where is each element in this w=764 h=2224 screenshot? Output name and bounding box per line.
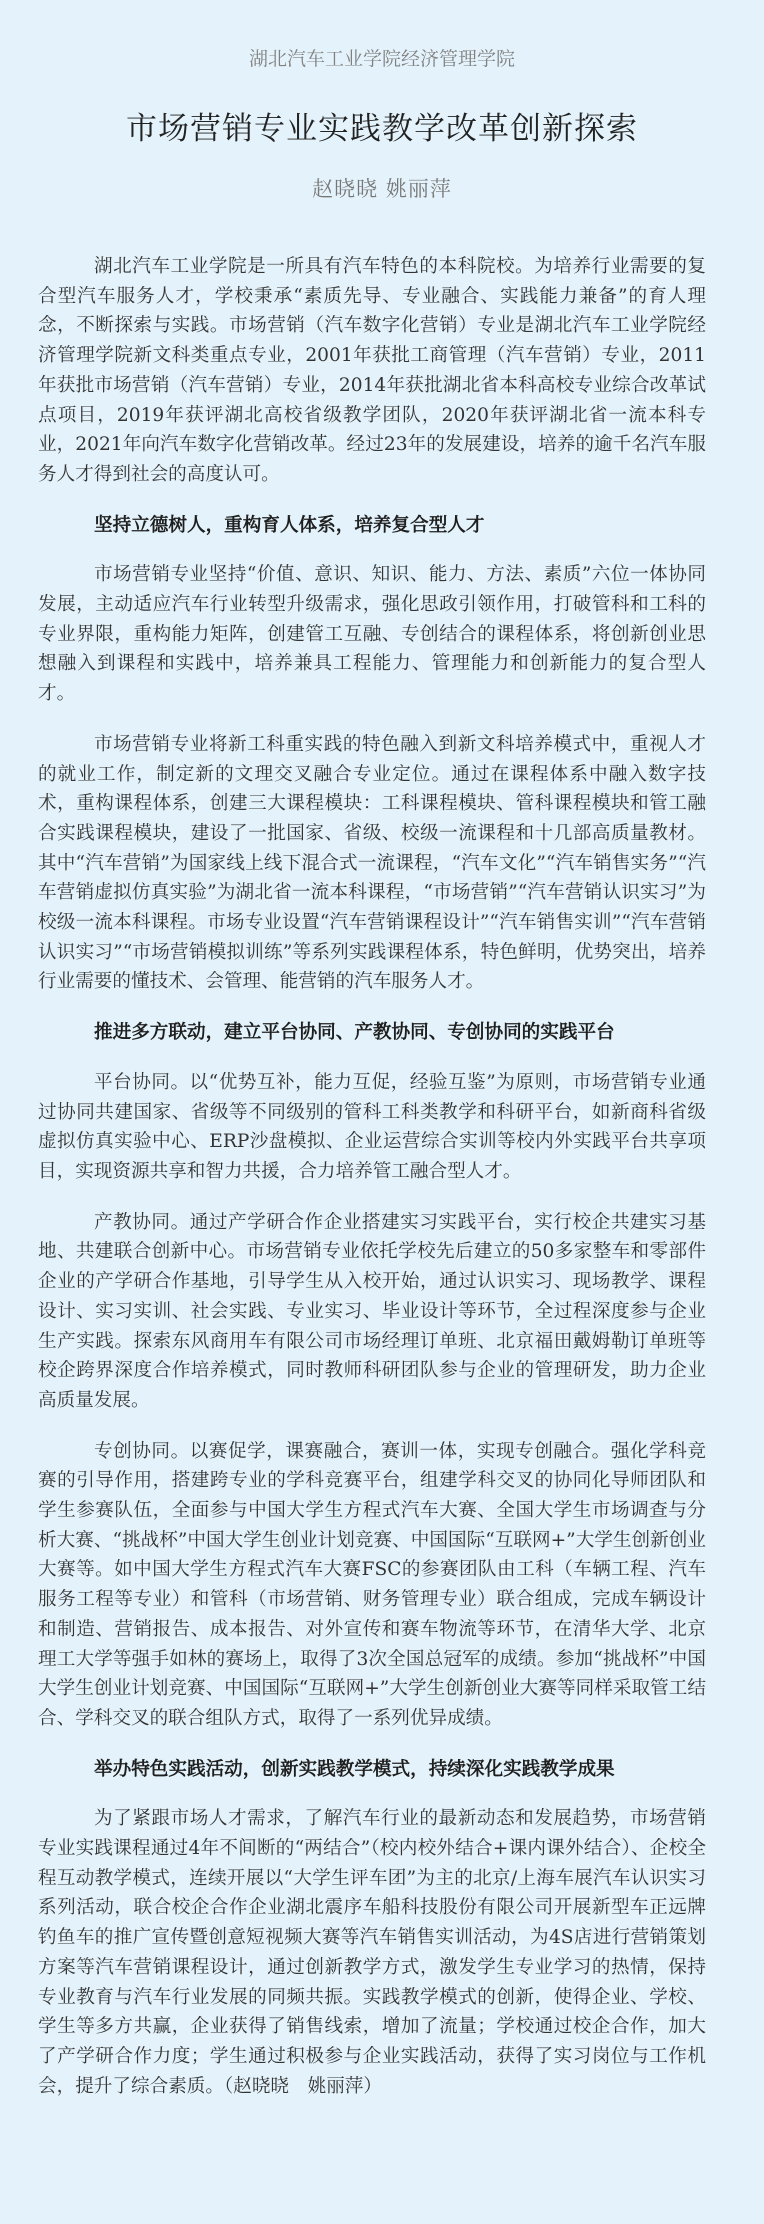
article-authors: 赵晓晓 姚丽萍: [0, 173, 764, 203]
paragraph: 专创协同。以赛促学，课赛融合，赛训一体，实现专创融合。强化学科竞赛的引导作用，搭…: [38, 1437, 706, 1734]
intro-paragraph: 湖北汽车工业学院是一所具有汽车特色的本科院校。为培养行业需要的复合型汽车服务人才…: [38, 252, 706, 490]
section-heading: 坚持立德树人，重构育人体系，培养复合型人才: [38, 511, 706, 541]
section-practice-activities: 举办特色实践活动，创新实践教学模式，持续深化实践教学成果 为了紧跟市场人才需求，…: [38, 1755, 706, 2102]
organization-name: 湖北汽车工业学院经济管理学院: [0, 44, 764, 71]
section-practice-platform: 推进多方联动，建立平台协同、产教协同、专创协同的实践平台 平台协同。以“优势互补…: [38, 1018, 706, 1733]
paragraph: 产教协同。通过产学研合作企业搭建实习实践平台，实行校企共建实习基地、共建联合创新…: [38, 1208, 706, 1416]
section-heading: 推进多方联动，建立平台协同、产教协同、专创协同的实践平台: [38, 1018, 706, 1048]
article-title: 市场营销专业实践教学改革创新探索: [0, 103, 764, 148]
paragraph: 市场营销专业将新工科重实践的特色融入到新文科培养模式中，重视人才的就业工作，制定…: [38, 730, 706, 997]
paragraph: 市场营销专业坚持“价值、意识、知识、能力、方法、素质”六位一体协同发展，主动适应…: [38, 560, 706, 709]
paragraph: 平台协同。以“优势互补，能力互促，经验互鉴”为原则，市场营销专业通过协同共建国家…: [38, 1068, 706, 1187]
article-body: 湖北汽车工业学院是一所具有汽车特色的本科院校。为培养行业需要的复合型汽车服务人才…: [38, 252, 706, 2122]
section-talent-cultivation: 坚持立德树人，重构育人体系，培养复合型人才 市场营销专业坚持“价值、意识、知识、…: [38, 511, 706, 998]
section-heading: 举办特色实践活动，创新实践教学模式，持续深化实践教学成果: [38, 1755, 706, 1785]
paragraph: 为了紧跟市场人才需求，了解汽车行业的最新动态和发展趋势，市场营销专业实践课程通过…: [38, 1804, 706, 2101]
article-page: 湖北汽车工业学院经济管理学院 市场营销专业实践教学改革创新探索 赵晓晓 姚丽萍 …: [0, 0, 764, 2224]
